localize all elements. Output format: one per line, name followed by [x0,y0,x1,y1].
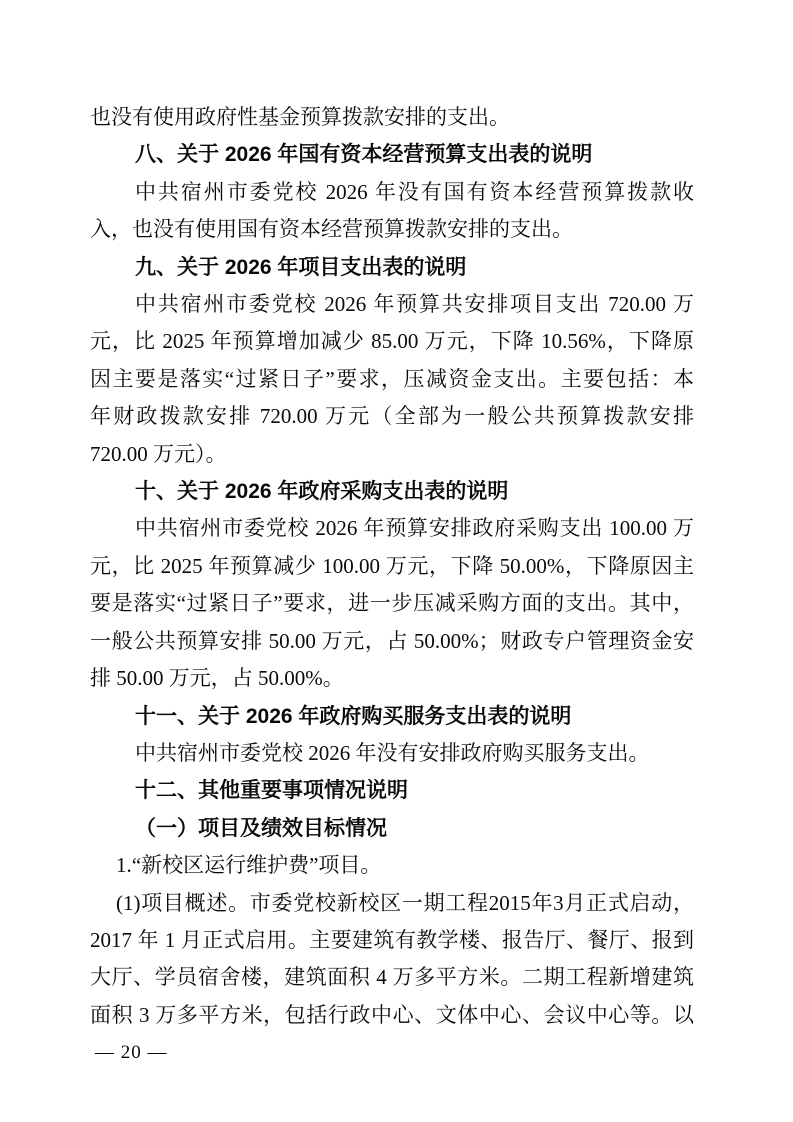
section-heading-9: 九、关于 2026 年项目支出表的说明 [90,249,694,286]
section-heading-10: 十、关于 2026 年政府采购支出表的说明 [90,473,694,510]
paragraph-line: 元，比 2025 年预算减少 100.00 万元，下降 50.00%，下降原因主 [90,548,694,585]
paragraph-line: 入，也没有使用国有资本经营预算拨款安排的支出。 [90,211,694,248]
paragraph-line: 中共宿州市委党校 2026 年预算共安排项目支出 720.00 万 [90,286,694,323]
section-heading-11: 十一、关于 2026 年政府购买服务支出表的说明 [90,698,694,735]
paragraph-line: 大厅、学员宿舍楼，建筑面积 4 万多平方米。二期工程新增建筑 [90,959,694,996]
paragraph-line: 面积 3 万多平方米，包括行政中心、文体中心、会议中心等。以 [90,997,694,1034]
paragraph-line: 一般公共预算安排 50.00 万元，占 50.00%；财政专户管理资金安 [90,623,694,660]
section-heading-8: 八、关于 2026 年国有资本经营预算支出表的说明 [90,136,694,173]
paragraph-line: 因主要是落实“过紧日子”要求，压减资金支出。主要包括：本 [90,361,694,398]
paragraph-line: 720.00 万元）。 [90,436,694,473]
paragraph-line: 中共宿州市委党校 2026 年没有安排政府购买服务支出。 [90,735,694,772]
paragraph-line: 排 50.00 万元，占 50.00%。 [90,660,694,697]
paragraph-line: 要是落实“过紧日子”要求，进一步压减采购方面的支出。其中， [90,585,694,622]
paragraph-line: 中共宿州市委党校 2026 年没有国有资本经营预算拨款收 [90,174,694,211]
project-title-line: 1.“新校区运行维护费”项目。 [90,847,694,884]
paragraph-line: 2017 年 1 月正式启用。主要建筑有教学楼、报告厅、餐厅、报到 [90,922,694,959]
document-page: 也没有使用政府性基金预算拨款安排的支出。 八、关于 2026 年国有资本经营预算… [0,0,793,1122]
paragraph-line: 年财政拨款安排 720.00 万元（全部为一般公共预算拨款安排 [90,398,694,435]
page-number: — 20 — [95,1042,168,1064]
document-body: 也没有使用政府性基金预算拨款安排的支出。 八、关于 2026 年国有资本经营预算… [90,99,694,1034]
subsection-heading-1: （一）项目及绩效目标情况 [90,810,694,847]
paragraph-line: 中共宿州市委党校 2026 年预算安排政府采购支出 100.00 万 [90,510,694,547]
paragraph-line: 也没有使用政府性基金预算拨款安排的支出。 [90,99,694,136]
paragraph-line: (1)项目概述。市委党校新校区一期工程2015年3月正式启动， [90,885,694,922]
section-heading-12: 十二、其他重要事项情况说明 [90,772,694,809]
paragraph-line: 元，比 2025 年预算增加减少 85.00 万元，下降 10.56%，下降原 [90,323,694,360]
